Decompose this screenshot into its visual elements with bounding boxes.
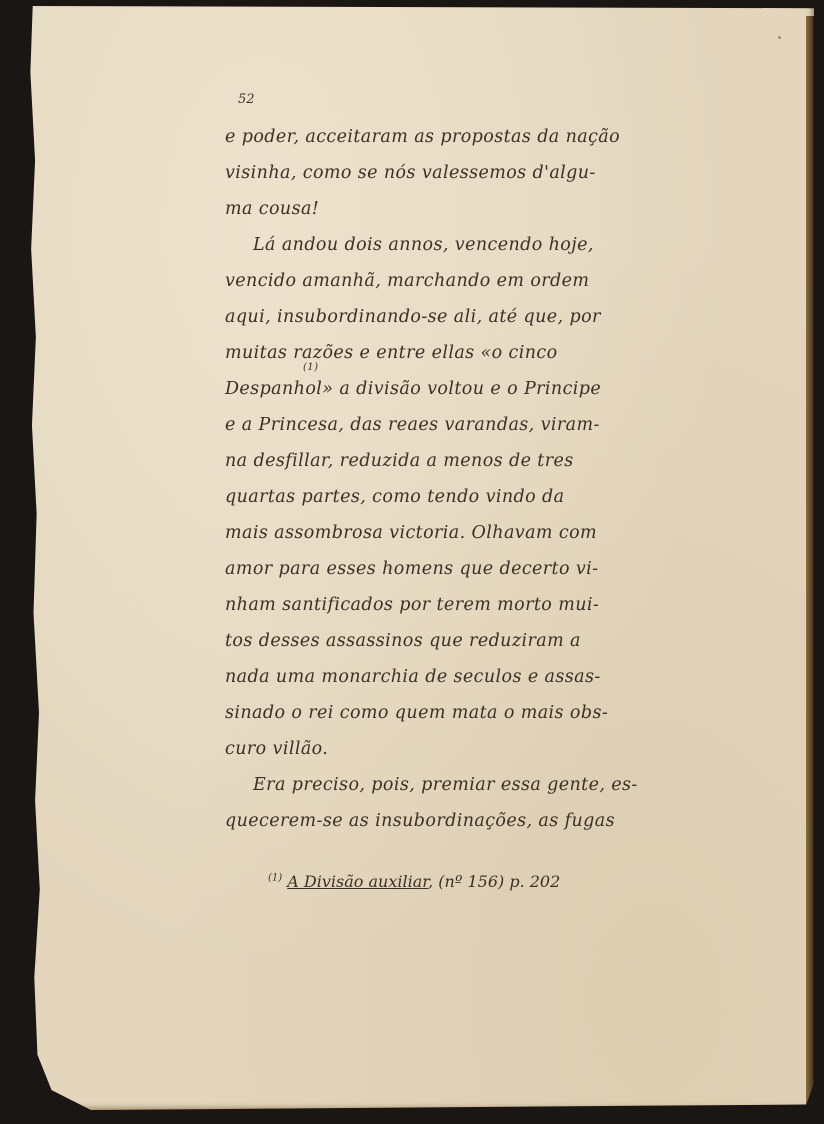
page-number: 52: [238, 92, 255, 107]
text-line: mais assombrosa victoria. Olhavam com: [225, 518, 597, 548]
footnote-reference: (nº 156) p. 202: [438, 872, 560, 891]
text-line: na desfillar, reduzida a menos de tres: [225, 446, 574, 476]
text-line: quecerem-se as insubordinações, as fugas: [225, 806, 615, 836]
footnote-marker: (1): [268, 873, 282, 884]
text-line: Era preciso, pois, premiar essa gente, e…: [253, 770, 638, 800]
text-line: nada uma monarchia de seculos e assas-: [225, 662, 601, 692]
text-line-content: Despanhol» a divisão voltou e o Principe: [225, 379, 601, 399]
footnote-title: A Divisão auxiliar: [287, 872, 428, 891]
page-edge-shadow: [806, 16, 814, 1108]
text-line: ma cousa!: [225, 194, 319, 224]
text-line: amor para esses homens que decerto vi-: [225, 554, 598, 584]
footnote-reference-marker: (1): [303, 362, 318, 373]
text-line: vencido amanhã, marchando em ordem: [225, 266, 589, 296]
footnote: (1) A Divisão auxiliar, (nº 156) p. 202: [268, 872, 560, 891]
paper-spot: [58, 1096, 62, 1100]
text-line: Despanhol» a divisão voltou e o Principe: [225, 374, 601, 404]
text-line: nham santificados por terem morto mui-: [225, 590, 599, 620]
paper-spot: [778, 36, 781, 39]
text-line: e a Princesa, das reaes varandas, viram-: [225, 410, 600, 440]
text-line: quartas partes, como tendo vindo da: [225, 482, 564, 512]
scanned-page-view: 52 e poder, acceitaram as propostas da n…: [0, 0, 824, 1124]
text-line: curo villão.: [225, 734, 328, 764]
text-line: sinado o rei como quem mata o mais obs-: [225, 698, 608, 728]
text-line: aqui, insubordinando-se ali, até que, po…: [225, 302, 601, 332]
text-line: visinha, como se nós valessemos d'algu-: [225, 158, 596, 188]
text-line: tos desses assassinos que reduziram a: [225, 626, 581, 656]
text-line: muitas razões e entre ellas «o cinco: [225, 338, 558, 368]
text-line: Lá andou dois annos, vencendo hoje,: [253, 230, 594, 260]
text-line: e poder, acceitaram as propostas da naçã…: [225, 122, 620, 152]
